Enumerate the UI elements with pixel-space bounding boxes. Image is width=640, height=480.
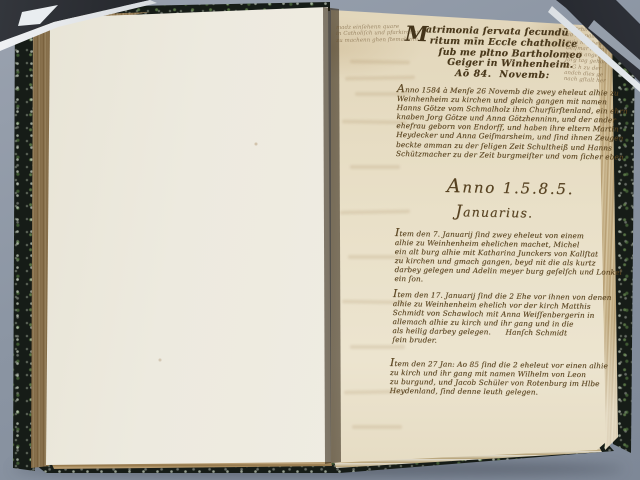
entry-nov-1584: Anno 1584 à Menſe 26 Novemb die zwey ehe… <box>396 84 628 161</box>
entry-jan-17: Item den 17. Januarij ſind die 2 Ehe vor… <box>392 289 611 348</box>
manuscript-photo: madz einſehenn quarein Catholiſch und pf… <box>0 0 640 480</box>
bleedthrough-mark <box>350 165 400 169</box>
year-heading-anno: Anno 1.5.8.5. <box>447 177 575 198</box>
register-title: atrimonia ſervata ſecundūritum mīn Eccle… <box>411 25 583 83</box>
bleedthrough-mark <box>350 345 405 349</box>
entry-jan-7: Item den 7. Januarij ſind zwey eheleut v… <box>394 228 622 286</box>
bleedthrough-mark <box>352 425 402 429</box>
year-heading-month: Januarius. <box>455 203 574 221</box>
year-heading: Anno 1.5.8.5. Januarius. <box>446 177 574 221</box>
entry-jan-27: Item den 27 Jan: Ao 85 ſind die 2 eheleu… <box>390 358 608 398</box>
